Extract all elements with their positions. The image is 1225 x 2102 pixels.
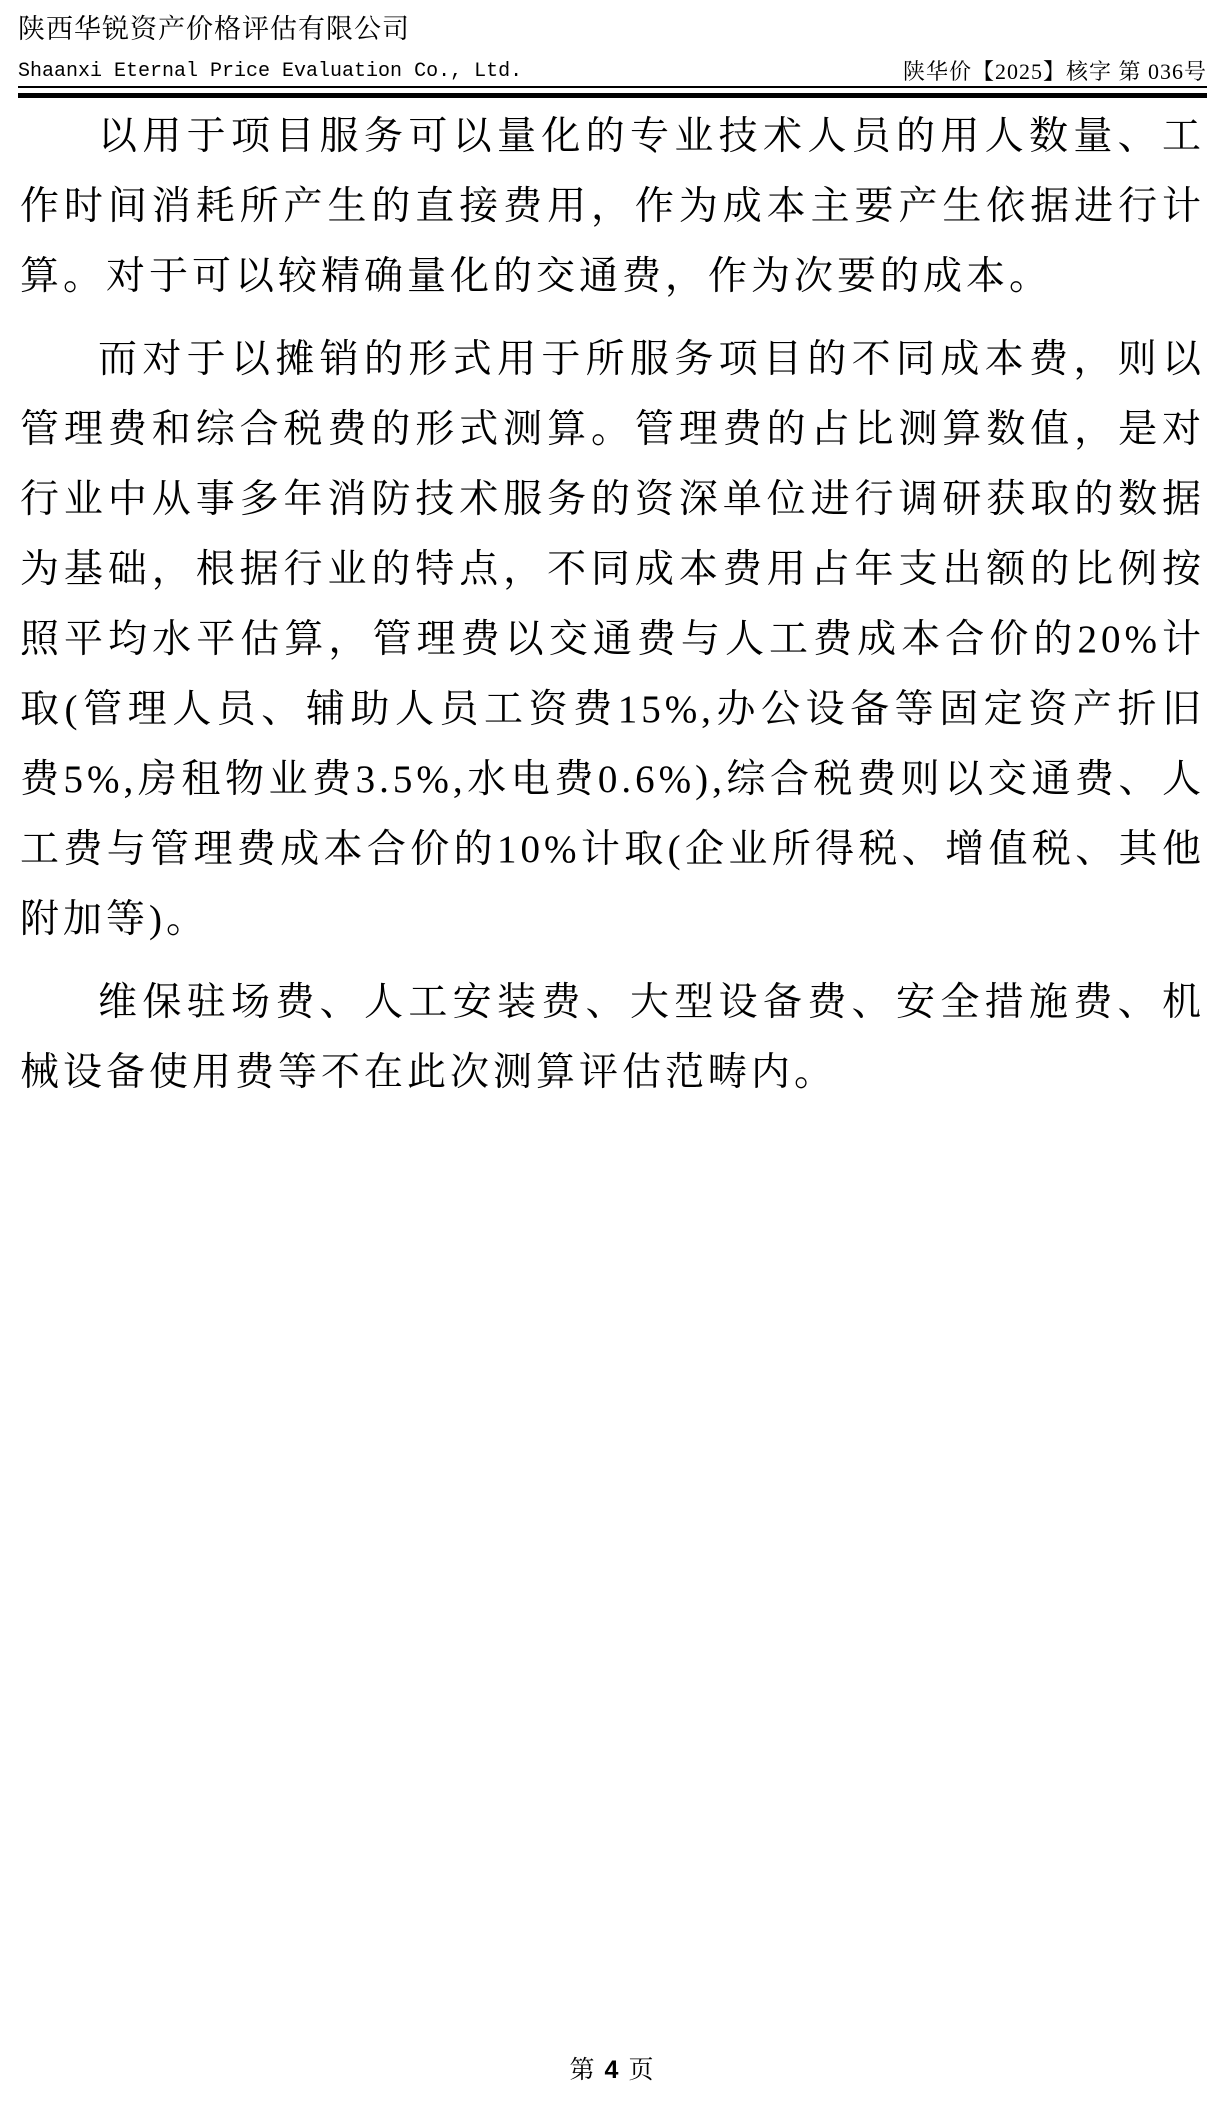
paragraph-management-fee: 而对于以摊销的形式用于所服务项目的不同成本费，则以管理费和综合税费的形式测算。管…: [20, 325, 1205, 955]
paragraph-exclusions: 维保驻场费、人工安装费、大型设备费、安全措施费、机械设备使用费等不在此次测算评估…: [20, 968, 1205, 1108]
page-header: 陕西华锐资产价格评估有限公司 Shaanxi Eternal Price Eva…: [18, 12, 1207, 98]
page-number: 4: [605, 2056, 621, 2084]
page-footer: 第4页: [0, 2050, 1225, 2086]
document-page: 陕西华锐资产价格评估有限公司 Shaanxi Eternal Price Eva…: [0, 0, 1225, 2102]
company-name-en: Shaanxi Eternal Price Evaluation Co., Lt…: [18, 60, 522, 84]
page-number-prefix: 第: [570, 2057, 597, 2084]
header-divider-rule: [18, 86, 1207, 98]
document-body: 以用于项目服务可以量化的专业技术人员的用人数量、工作时间消耗所产生的直接费用，作…: [18, 102, 1207, 1108]
document-number: 陕华价【2025】核字 第 036号: [903, 60, 1207, 84]
page-number-suffix: 页: [628, 2057, 655, 2084]
paragraph-direct-cost: 以用于项目服务可以量化的专业技术人员的用人数量、工作时间消耗所产生的直接费用，作…: [20, 102, 1205, 312]
header-second-row: Shaanxi Eternal Price Evaluation Co., Lt…: [18, 60, 1207, 84]
company-name-cn: 陕西华锐资产价格评估有限公司: [18, 12, 1207, 46]
